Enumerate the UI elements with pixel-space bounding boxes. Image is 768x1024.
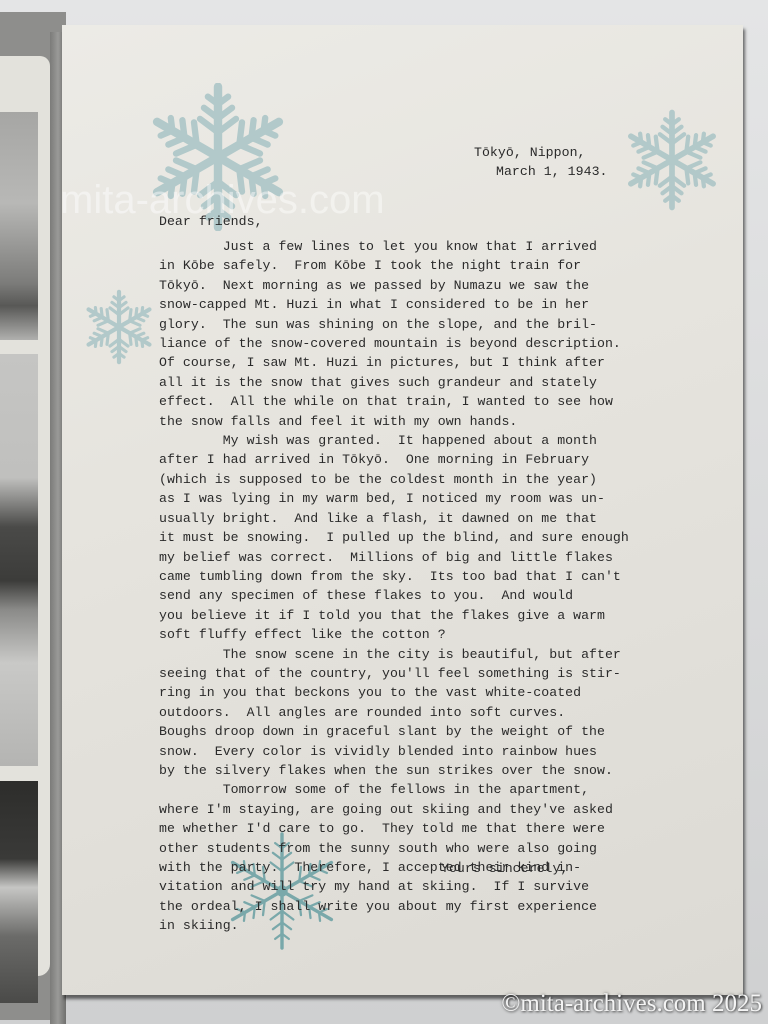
left-facing-page <box>0 12 66 1020</box>
letter-date: March 1, 1943. <box>496 162 608 181</box>
letter-line: in skiing. <box>159 916 629 935</box>
letter-line: liance of the snow-covered mountain is b… <box>159 334 629 353</box>
letter-line: (which is supposed to be the coldest mon… <box>159 470 629 489</box>
letter-line: send any specimen of these flakes to you… <box>159 586 629 605</box>
letter-line: snow-capped Mt. Huzi in what I considere… <box>159 295 629 314</box>
letter-place: Tōkyō, Nippon, <box>474 143 586 162</box>
letter-line: Just a few lines to let you know that I … <box>159 237 629 256</box>
watermark-center: mita-archives.com <box>60 178 385 223</box>
letter-line: came tumbling down from the sky. Its too… <box>159 567 629 586</box>
letter-line: My wish was granted. It happened about a… <box>159 431 629 450</box>
letter-line: where I'm staying, are going out skiing … <box>159 800 629 819</box>
letter-line: The snow scene in the city is beautiful,… <box>159 645 629 664</box>
letter-line: effect. All the while on that train, I w… <box>159 392 629 411</box>
letter-closing: Yours sincerely, <box>441 859 568 878</box>
letter-line: Tomorrow some of the fellows in the apar… <box>159 780 629 799</box>
letter-line: in Kōbe safely. From Kōbe I took the nig… <box>159 256 629 275</box>
watermark-copyright: ©mita-archives.com 2025 <box>501 990 762 1018</box>
letter-line: outdoors. All angles are rounded into so… <box>159 703 629 722</box>
letter-line: Tōkyō. Next morning as we passed by Numa… <box>159 276 629 295</box>
photo-trees-snow <box>0 354 38 766</box>
letter-line: other students from the sunny south who … <box>159 839 629 858</box>
letter-line: after I had arrived in Tōkyō. One mornin… <box>159 450 629 469</box>
letter-line: the ordeal, I shall write you about my f… <box>159 897 629 916</box>
letter-page: Tōkyō, Nippon, March 1, 1943. Dear frien… <box>62 25 743 995</box>
letter-line: soft fluffy effect like the cotton ? <box>159 625 629 644</box>
letter-line: ring in you that beckons you to the vast… <box>159 683 629 702</box>
letter-line: all it is the snow that gives such grand… <box>159 373 629 392</box>
snowflake-icon <box>622 105 722 215</box>
letter-line: by the silvery flakes when the sun strik… <box>159 761 629 780</box>
left-page-paper <box>0 56 50 976</box>
letter-line: you believe it if I told you that the fl… <box>159 606 629 625</box>
letter-line: Boughs droop down in graceful slant by t… <box>159 722 629 741</box>
letter-line: the snow falls and feel it with my own h… <box>159 412 629 431</box>
letter-line: me whether I'd care to go. They told me … <box>159 819 629 838</box>
letter-line: as I was lying in my warm bed, I noticed… <box>159 489 629 508</box>
photo-building <box>0 112 38 340</box>
letter-line: snow. Every color is vividly blended int… <box>159 742 629 761</box>
letter-line: my belief was correct. Millions of big a… <box>159 548 629 567</box>
letter-body: Just a few lines to let you know that I … <box>159 237 629 936</box>
photo-street-snow <box>0 781 38 1003</box>
letter-line: it must be snowing. I pulled up the blin… <box>159 528 629 547</box>
letter-line: vitation and will try my hand at skiing.… <box>159 877 629 896</box>
letter-line: usually bright. And like a flash, it daw… <box>159 509 629 528</box>
letter-line: glory. The sun was shining on the slope,… <box>159 315 629 334</box>
letter-line: Of course, I saw Mt. Huzi in pictures, b… <box>159 353 629 372</box>
snowflake-icon <box>82 287 156 367</box>
letter-line: seeing that of the country, you'll feel … <box>159 664 629 683</box>
